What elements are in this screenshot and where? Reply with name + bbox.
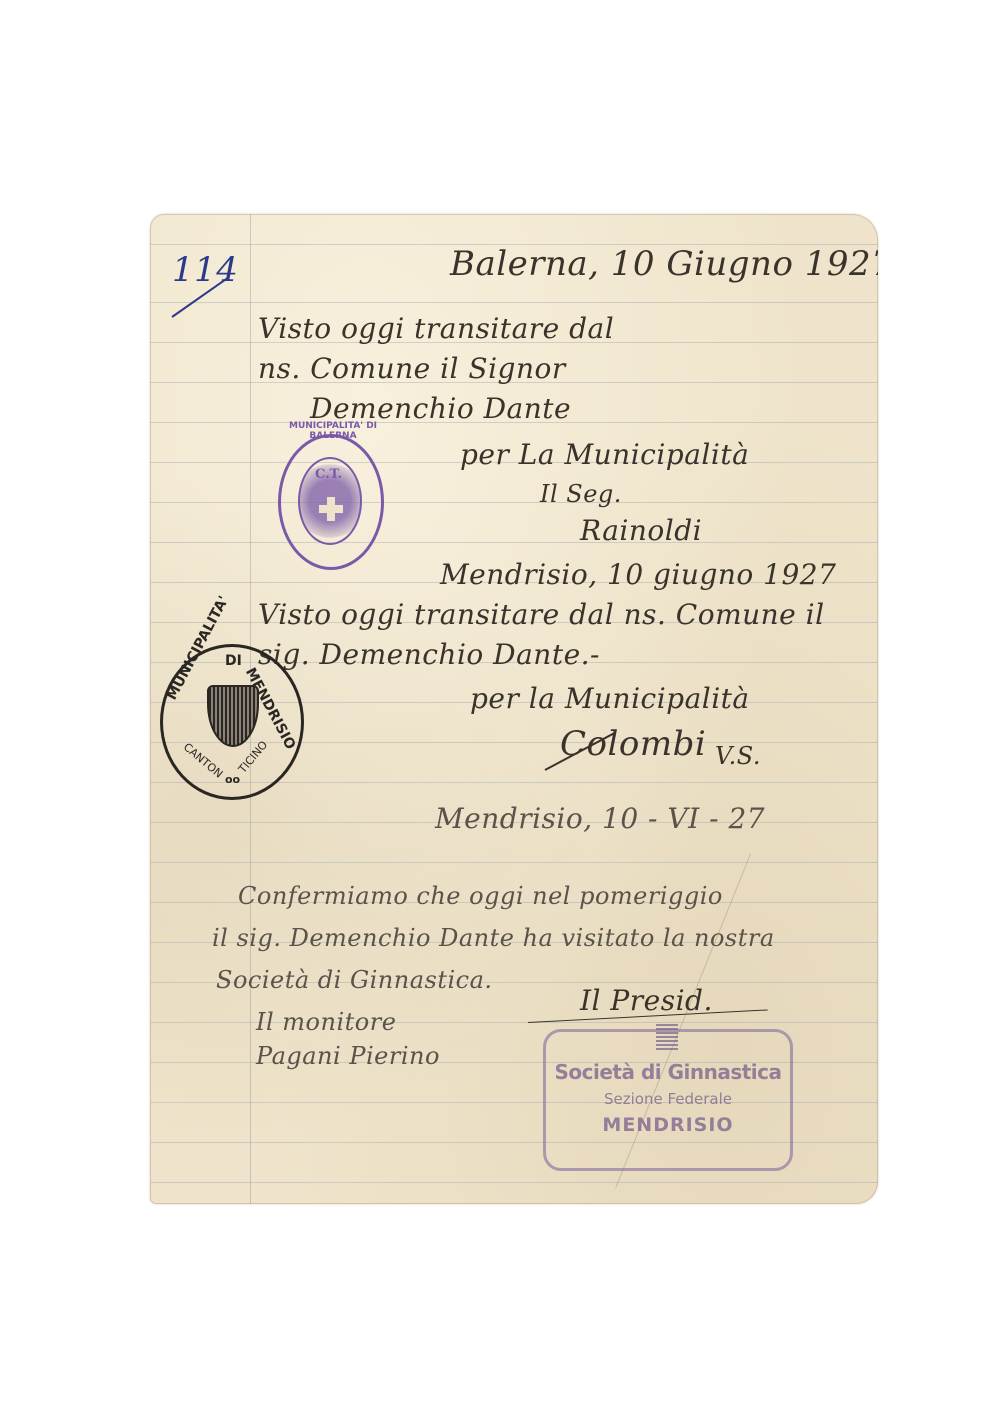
gymnastics-line-2: il sig. Demenchio Dante ha visitato la n… (212, 924, 775, 952)
monitor-name: Pagani Pierino (256, 1042, 440, 1070)
society-emblem-icon (656, 1022, 678, 1050)
stamp-bottom-mark: oo (225, 773, 240, 786)
balerna-secretary-label: Il Seg. (540, 480, 622, 508)
page-number-note: 114 (172, 250, 238, 290)
stamp-center-text: C.T. (315, 467, 342, 482)
mendrisio-municipality-label: per la Municipalità (470, 682, 750, 715)
stamp-ring-text: MUNICIPALITA' DI BALERNA (285, 421, 381, 441)
balerna-municipality-label: per La Municipalità (460, 438, 749, 471)
ruled-line (150, 542, 878, 543)
document-page: 114 Balerna, 10 Giugno 1927 Visto oggi t… (150, 214, 878, 1204)
mendrisio-place-date: Mendrisio, 10 giugno 1927 (440, 558, 836, 591)
stamp-line-3: MENDRISIO (546, 1114, 790, 1136)
mendrisio-traveler-name: sig. Demenchio Dante.- (258, 638, 600, 671)
gymnastics-place-date: Mendrisio, 10 - VI - 27 (435, 802, 765, 835)
shield-emblem-icon (207, 685, 259, 747)
balerna-municipal-stamp: C.T. MUNICIPALITA' DI BALERNA (278, 434, 384, 570)
mendrisio-signature: Colombi (560, 724, 706, 764)
stamp-inner-text-left: CANTON (181, 741, 225, 781)
ruled-line (150, 302, 878, 303)
stamp-line-1: Società di Ginnastica (546, 1060, 790, 1084)
ruled-line (150, 502, 878, 503)
gymnastics-line-1: Confermiamo che oggi nel pomeriggio (238, 882, 723, 910)
gymnastics-line-3: Società di Ginnastica. (216, 966, 493, 994)
mendrisio-line-1: Visto oggi transitare dal ns. Comune il (258, 598, 825, 631)
swiss-cross-icon (319, 497, 343, 521)
monitor-label: Il monitore (256, 1008, 396, 1036)
mendrisio-municipal-stamp: MUNICIPALITA' DI MENDRISIO CANTON TICINO… (160, 644, 304, 800)
ruled-line (150, 862, 878, 863)
gymnastics-society-stamp: Società di Ginnastica Sezione Federale M… (543, 1029, 793, 1171)
president-signature: Il Presid. (580, 984, 713, 1017)
stamp-ring-text-top: DI (225, 653, 242, 669)
balerna-place-date: Balerna, 10 Giugno 1927 (450, 244, 878, 284)
balerna-line-1: Visto oggi transitare dal (258, 312, 614, 345)
mendrisio-signature-suffix: V.S. (715, 742, 761, 770)
balerna-signature: Rainoldi (580, 514, 702, 547)
balerna-line-2: ns. Comune il Signor (258, 352, 566, 385)
ruled-line (150, 1182, 878, 1183)
stamp-line-2: Sezione Federale (546, 1090, 790, 1108)
